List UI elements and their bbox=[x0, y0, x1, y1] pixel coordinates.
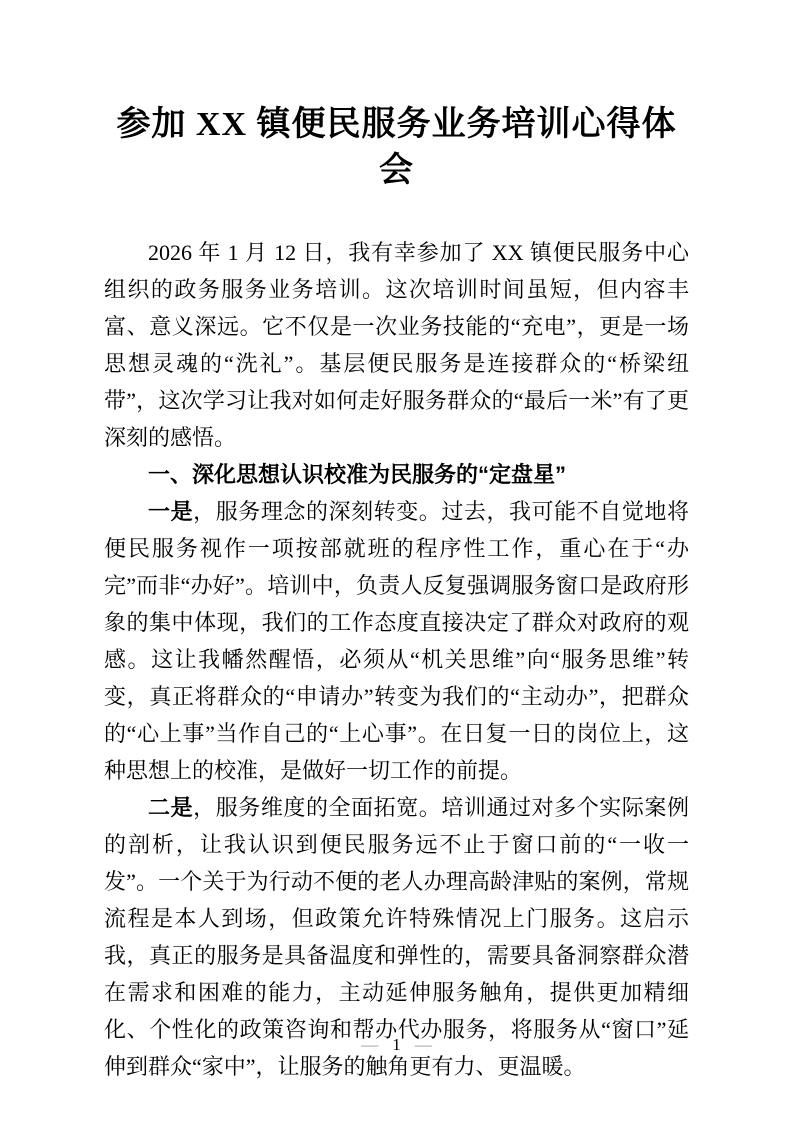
document-page: 参加 XX 镇便民服务业务培训心得体会 2026 年 1 月 12 日，我有幸参… bbox=[0, 0, 793, 1122]
document-title: 参加 XX 镇便民服务业务培训心得体会 bbox=[104, 102, 689, 194]
section-heading-1: 一、深化思想认识校准为民服务的“定盘星” bbox=[104, 456, 689, 493]
point-1-text: ，服务理念的深刻转变。过去，我可能不自觉地将便民服务视作一项按部就班的程序性工作… bbox=[104, 499, 689, 783]
paragraph-intro: 2026 年 1 月 12 日，我有幸参加了 XX 镇便民服务中心组织的政务服务… bbox=[104, 234, 689, 456]
point-2-lead: 二是 bbox=[148, 795, 193, 820]
page-number: 1 bbox=[392, 1035, 401, 1054]
footer-dash-right: — bbox=[415, 1035, 432, 1054]
document-body: 2026 年 1 月 12 日，我有幸参加了 XX 镇便民服务中心组织的政务服务… bbox=[104, 234, 689, 1085]
document-content: 参加 XX 镇便民服务业务培训心得体会 2026 年 1 月 12 日，我有幸参… bbox=[104, 0, 689, 1085]
footer-dash-left: — bbox=[361, 1035, 378, 1054]
page-footer: —1— bbox=[0, 1033, 793, 1057]
point-1-lead: 一是 bbox=[148, 499, 193, 524]
paragraph-point-1: 一是，服务理念的深刻转变。过去，我可能不自觉地将便民服务视作一项按部就班的程序性… bbox=[104, 493, 689, 789]
